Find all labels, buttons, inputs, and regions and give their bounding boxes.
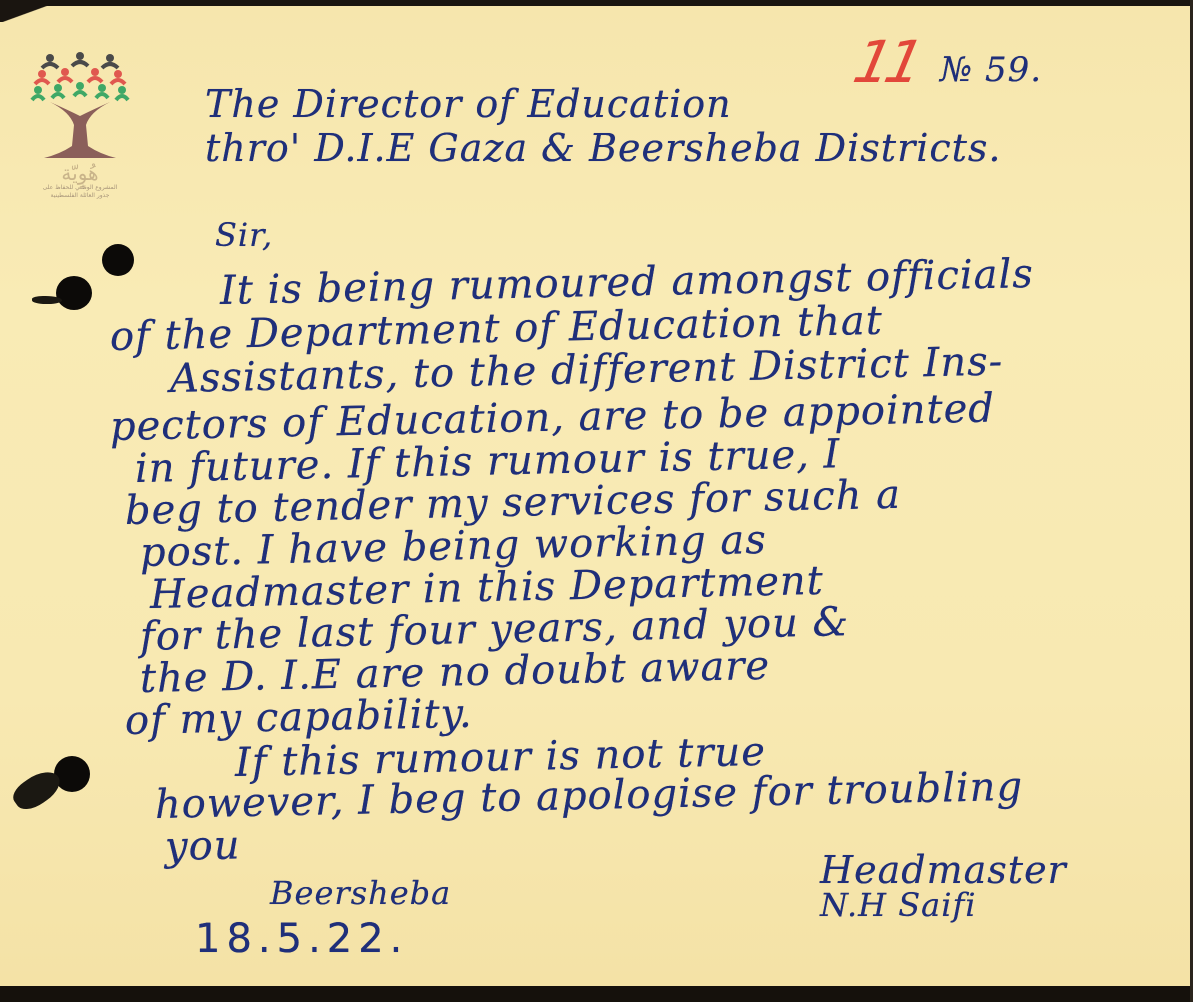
logo-subtitle-2: جذور العائلة الفلسطينية — [30, 192, 130, 200]
punch-hole — [102, 244, 134, 276]
scan-border-bottom — [0, 986, 1193, 1002]
place: Beersheba — [270, 874, 451, 912]
address-line-1: The Director of Education — [205, 82, 732, 126]
salutation: Sir, — [215, 216, 273, 254]
punch-hole — [56, 276, 92, 310]
family-tree-icon — [30, 50, 130, 160]
letter-page: هُوِيّة المشروع الوطني للحفاظ على جذور ا… — [0, 6, 1190, 988]
reference-number: № 59. — [940, 50, 1042, 90]
address-line-2: thro' D.I.E Gaza & Beersheba Districts. — [205, 126, 1002, 170]
ink-smudge — [32, 296, 62, 304]
logo-subtitle-1: المشروع الوطني للحفاظ على — [30, 184, 130, 192]
signature-name: N.H Saifi — [820, 886, 977, 924]
logo-title: هُوِيّة — [30, 162, 130, 184]
body-line: you — [165, 822, 241, 870]
punch-hole — [54, 756, 90, 792]
date: 18.5.22. — [195, 916, 408, 962]
red-annotation-mark: 11 — [848, 28, 924, 96]
archive-logo: هُوِيّة المشروع الوطني للحفاظ على جذور ا… — [30, 50, 130, 220]
